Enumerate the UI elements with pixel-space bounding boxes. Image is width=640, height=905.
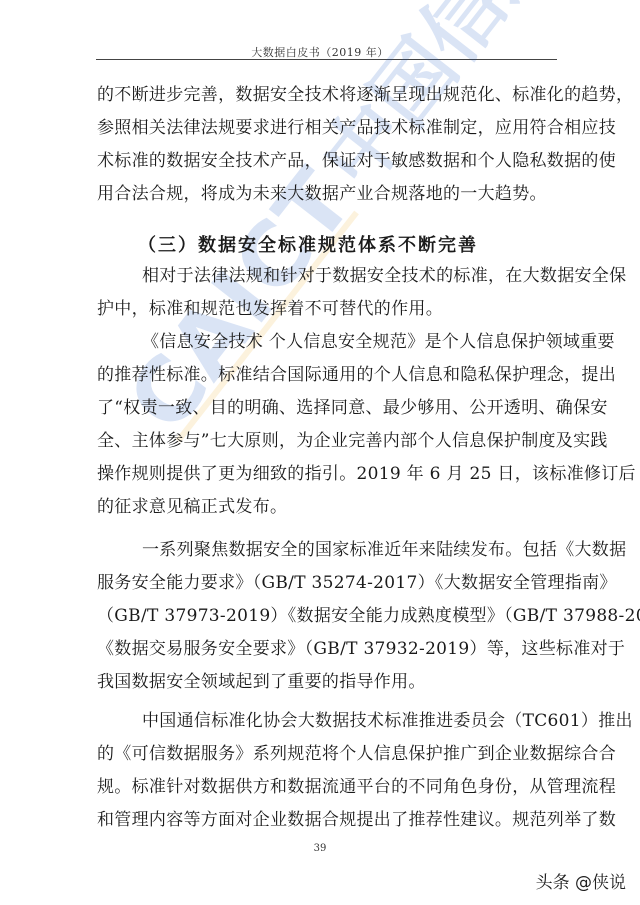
text-line: 中国通信标准化协会大数据技术标准推进委员会（TC601）推出	[142, 711, 544, 731]
text-line: （GB/T 37973-2019）《数据安全能力成熟度模型》（GB/T 3798…	[97, 606, 544, 626]
page-number: 39	[0, 843, 640, 854]
text-line: 的不断进步完善，数据安全技术将逐渐呈现出规范化、标准化的趋势，	[97, 85, 544, 105]
text-line: 护中，标准和规范也发挥着不可替代的作用。	[97, 299, 544, 319]
text-line: 我国数据安全领域起到了重要的指导作用。	[97, 672, 544, 692]
text-line: 和管理内容等方面对企业数据合规提出了推荐性建议。规范列举了数	[97, 810, 544, 830]
text-line: 了“权责一致、目的明确、选择同意、最少够用、公开透明、确保安	[97, 398, 544, 418]
header-divider	[96, 59, 557, 60]
text-line: 相对于法律法规和针对于数据安全技术的标准，在大数据安全保	[142, 266, 544, 286]
text-line: 参照相关法律法规要求进行相关产品技术标准制定，应用符合相应技	[97, 118, 544, 138]
section-heading: （三）数据安全标准规范体系不断完善	[138, 231, 478, 257]
text-line: 操作规则提供了更为细致的指引。2019 年 6 月 25 日，该标准修订后	[97, 464, 544, 484]
text-line: 服务安全能力要求》（GB/T 35274-2017）《大数据安全管理指南》	[97, 573, 544, 593]
text-line: 用合法合规，将成为未来大数据产业合规落地的一大趋势。	[97, 184, 544, 204]
text-line: 的征求意见稿正式发布。	[97, 497, 544, 517]
header-title: 大数据白皮书（2019 年）	[0, 44, 640, 60]
text-line: 全、主体参与”七大原则，为企业完善内部个人信息保护制度及实践	[97, 431, 544, 451]
text-line: 规。标准针对数据供方和数据流通平台的不同角色身份，从管理流程	[97, 777, 544, 797]
text-line: 一系列聚焦数据安全的国家标准近年来陆续发布。包括《大数据	[142, 540, 544, 560]
text-line: 《数据交易服务安全要求》（GB/T 37932-2019）等，这些标准对于	[97, 639, 544, 659]
text-line: 《信息安全技术 个人信息安全规范》是个人信息保护领域重要	[142, 332, 544, 352]
text-line: 的《可信数据服务》系列规范将个人信息保护推广到企业数据综合合	[97, 744, 544, 764]
text-line: 的推荐性标准。标准结合国际通用的个人信息和隐私保护理念，提出	[97, 365, 544, 385]
source-watermark-tag: 头条 @侠说	[536, 868, 626, 893]
text-line: 术标准的数据安全技术产品，保证对于敏感数据和个人隐私数据的使	[97, 151, 544, 171]
